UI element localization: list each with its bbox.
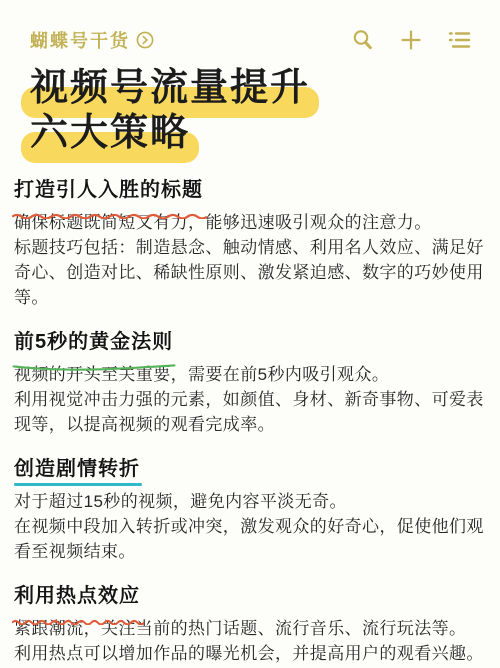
- section-body: 视频的开头至关重要，需要在前5秒内吸引观众。 利用视觉冲击力强的元素，如颜值、身…: [14, 362, 486, 437]
- section-paragraph: 对于超过15秒的视频，避免内容平淡无奇。: [14, 489, 486, 514]
- account-name: 蝴蝶号干货: [30, 27, 130, 53]
- account-link[interactable]: 蝴蝶号干货: [30, 27, 154, 53]
- teal-line-underline-decoration: [14, 483, 142, 486]
- green-swoosh-underline-decoration: [12, 353, 177, 360]
- section-golden-5-seconds: 前5秒的黄金法则 视频的开头至关重要，需要在前5秒内吸引观众。 利用视觉冲击力强…: [14, 330, 486, 437]
- section-paragraph: 利用热点可以增加作品的曝光机会，并提高用户的观看兴趣。: [14, 641, 486, 666]
- section-paragraph: 利用视觉冲击力强的元素，如颜值、身材、新奇事物、可爱表现等，以提高视频的观看完成…: [14, 387, 486, 437]
- section-heading: 前5秒的黄金法则: [14, 330, 173, 354]
- wavy-red-underline-decoration: [12, 201, 207, 208]
- list-menu-icon[interactable]: [447, 28, 472, 52]
- section-heading-text: 创造剧情转折: [14, 458, 140, 480]
- section-paragraph: 标题技巧包括：制造悬念、触动情感、利用名人效应、满足好奇心、创造对比、稀缺性原则…: [14, 235, 486, 310]
- section-heading-text: 打造引人入胜的标题: [14, 179, 203, 201]
- section-plot-twist: 创造剧情转折 对于超过15秒的视频，避免内容平淡无奇。 在视频中段加入转折或冲突…: [14, 457, 486, 564]
- section-heading-text: 前5秒的黄金法则: [14, 331, 173, 353]
- section-heading: 创造剧情转折: [14, 457, 140, 481]
- title-line-1: 视频号流量提升: [30, 66, 310, 111]
- section-trending-topics: 利用热点效应 紧跟潮流，关注当前的热门话题、流行音乐、流行玩法等。 利用热点可以…: [14, 584, 486, 666]
- content-area: 打造引人入胜的标题 确保标题既简短又有力，能够迅速吸引观众的注意力。 标题技巧包…: [0, 178, 500, 666]
- header-actions: [351, 28, 472, 52]
- section-heading-text: 利用热点效应: [14, 585, 140, 607]
- section-body: 对于超过15秒的视频，避免内容平淡无奇。 在视频中段加入转折或冲突，激发观众的好…: [14, 489, 486, 564]
- search-icon[interactable]: [351, 28, 375, 52]
- plus-icon[interactable]: [399, 28, 423, 52]
- chevron-right-circle-icon: [136, 31, 154, 49]
- wavy-red-underline-decoration: [12, 607, 144, 614]
- header-bar: 蝴蝶号干货: [0, 0, 500, 53]
- section-heading: 利用热点效应: [14, 584, 140, 608]
- section-title-strategy: 打造引人入胜的标题 确保标题既简短又有力，能够迅速吸引观众的注意力。 标题技巧包…: [14, 178, 486, 310]
- section-heading: 打造引人入胜的标题: [14, 178, 203, 202]
- page-title: 视频号流量提升 六大策略: [30, 66, 470, 156]
- section-paragraph: 在视频中段加入转折或冲突，激发观众的好奇心，促使他们观看至视频结束。: [14, 514, 486, 564]
- title-line-2: 六大策略: [30, 111, 190, 156]
- section-body: 确保标题既简短又有力，能够迅速吸引观众的注意力。 标题技巧包括：制造悬念、触动情…: [14, 210, 486, 310]
